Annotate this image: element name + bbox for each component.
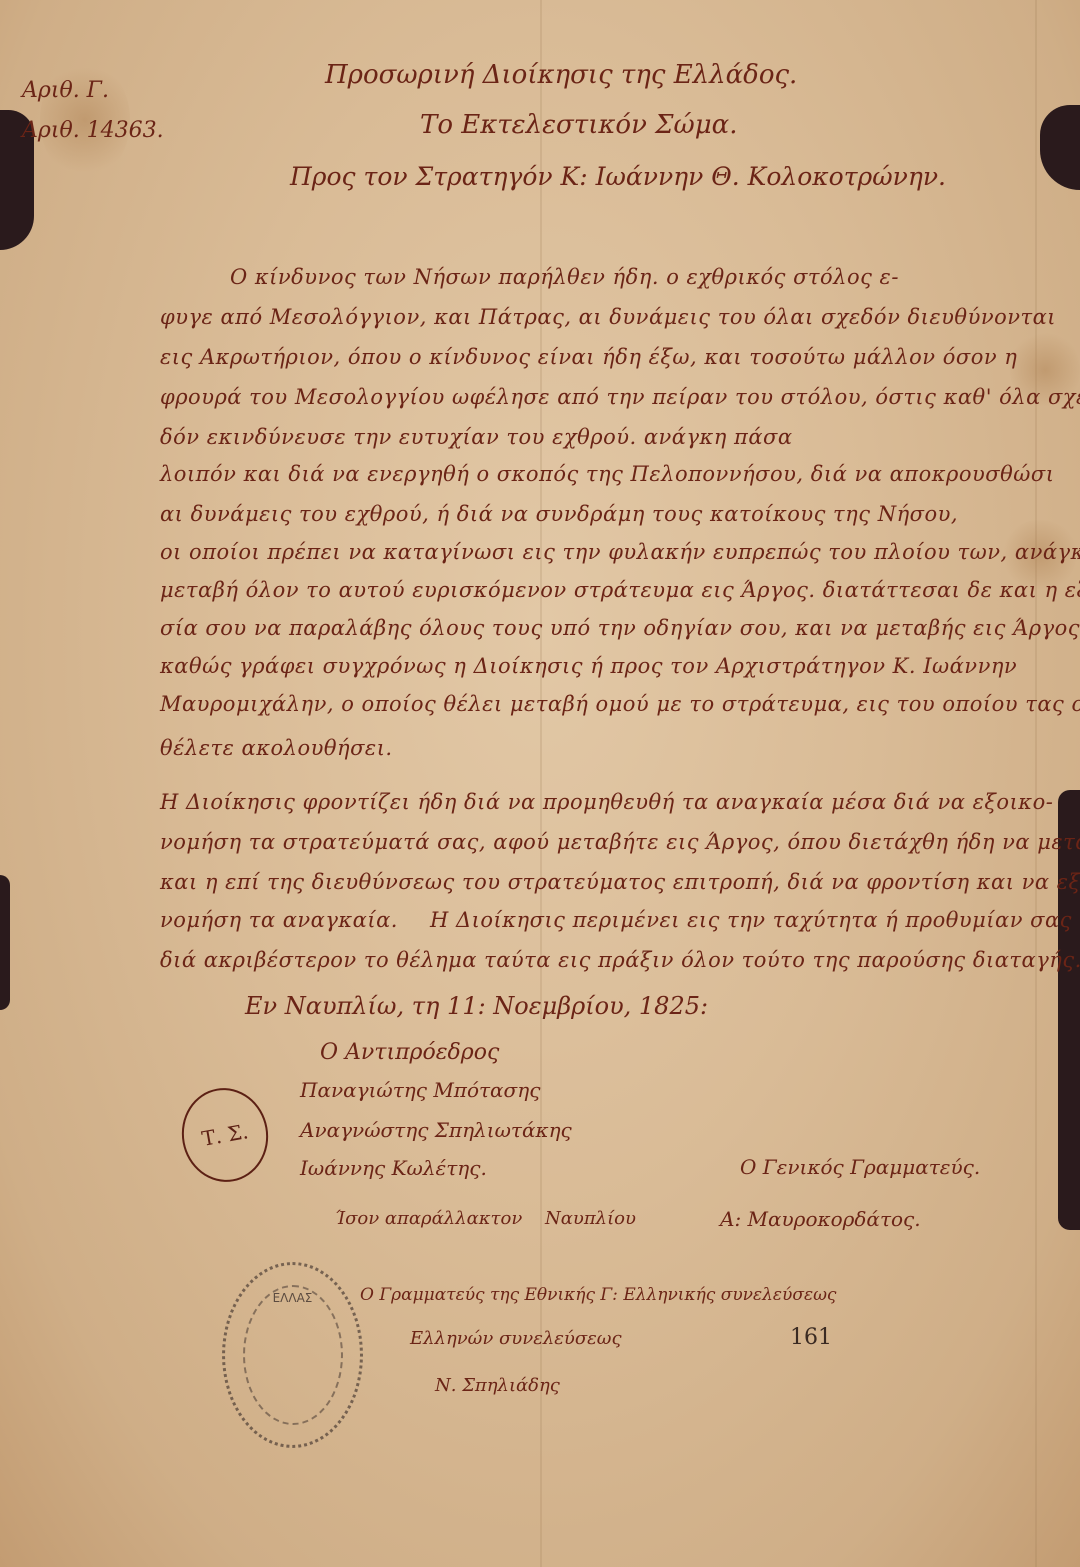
signatory-name: Αναγνώστης Σπηλιωτάκης: [300, 1118, 572, 1142]
body2-line: νομήση τα αναγκαία.: [160, 908, 398, 932]
certification-line2: Ναυπλίου: [545, 1208, 636, 1229]
fold-line: [1035, 0, 1037, 1567]
body2-line: Η Διοίκησις φροντίζει ήδη διά να προμηθε…: [160, 790, 1053, 814]
official-stamp: ΕΛΛΑΣ: [222, 1262, 363, 1448]
header-line1: Προσωρινή Διοίκησις της Ελλάδος.: [325, 60, 797, 90]
archive-ref-line2: Αριθ. 14363.: [22, 118, 164, 143]
body2-line: Η Διοίκησις περιμένει εις την ταχύτητα ή…: [430, 908, 1072, 932]
body-line: δόν εκινδύνευσε την ευτυχίαν του εχθρού.…: [160, 425, 793, 449]
seal-mark-text: Τ. Σ.: [200, 1119, 250, 1151]
body-line: καθώς γράφει συγχρόνως η Διοίκησις ή προ…: [160, 654, 1017, 678]
body2-line: νομήση τα στρατεύματά σας, αφού μεταβήτε…: [160, 830, 1080, 854]
damage-hole-right-edge: [1058, 790, 1080, 1230]
body-line: Ο κίνδυνος των Νήσων παρήλθεν ήδη. ο εχθ…: [230, 265, 899, 289]
body-line: οι οποίοι πρέπει να καταγίνωσι εις την φ…: [160, 540, 1080, 564]
secretary-name: Α: Μαυροκορδάτος.: [720, 1207, 921, 1231]
body-line: εις Ακρωτήριον, όπου ο κίνδυνος είναι ήδ…: [160, 345, 1017, 369]
body-line: αι δυνάμεις του εχθρού, ή διά να συνδράμ…: [160, 502, 958, 526]
secretary-title: Ο Γενικός Γραμματεύς.: [740, 1155, 980, 1179]
signatory-name: Παναγιώτης Μπότασης: [300, 1078, 540, 1102]
body-line: φρουρά του Μεσολογγίου ωφέλησε από την π…: [160, 385, 1080, 409]
body2-line: διά ακριβέστερον το θέλημα ταύτα εις πρά…: [160, 948, 1080, 972]
signatory-name: Ιωάννης Κωλέτης.: [300, 1156, 487, 1180]
signatory-title: Ο Αντιπρόεδρος: [320, 1040, 499, 1065]
header-line2: Το Εκτελεστικόν Σώμα.: [420, 110, 737, 140]
addressee: Προς τον Στρατηγόν Κ: Ιωάννην Θ. Κολοκοτ…: [290, 162, 946, 191]
stamp-text: ΕΛΛΑΣ: [273, 1291, 313, 1305]
body-line: μεταβή όλον το αυτού ευρισκόμενον στράτε…: [160, 578, 1080, 602]
stamp-emblem: ΕΛΛΑΣ: [243, 1285, 343, 1425]
page-number: 161: [790, 1325, 832, 1350]
damage-hole-left-mid: [0, 875, 10, 1010]
body2-line: και η επί της διευθύνσεως του στρατεύματ…: [160, 870, 1080, 894]
certification-line4: Ελληνών συνελεύσεως: [410, 1328, 622, 1349]
body-line: φυγε από Μεσολόγγιον, και Πάτρας, αι δυν…: [160, 305, 1056, 329]
body-line: λοιπόν και διά να ενεργηθή ο σκοπός της …: [160, 462, 1054, 486]
certification-signer: Ν. Σπηλιάδης: [435, 1375, 560, 1396]
body-line: θέλετε ακολουθήσει.: [160, 736, 393, 760]
body-line: σία σου να παραλάβης όλους τους υπό την …: [160, 616, 1080, 640]
body-line: Μαυρομιχάλην, ο οποίος θέλει μεταβή ομού…: [160, 692, 1080, 716]
dateline: Εν Ναυπλίω, τη 11: Νοεμβρίου, 1825:: [245, 992, 708, 1020]
archive-ref-line1: Αριθ. Γ.: [22, 78, 109, 103]
certification-line3: Ο Γραμματεύς της Εθνικής Γ: Ελληνικής συ…: [360, 1285, 836, 1305]
certification-line1: Ίσον απαράλλακτον: [335, 1208, 522, 1229]
